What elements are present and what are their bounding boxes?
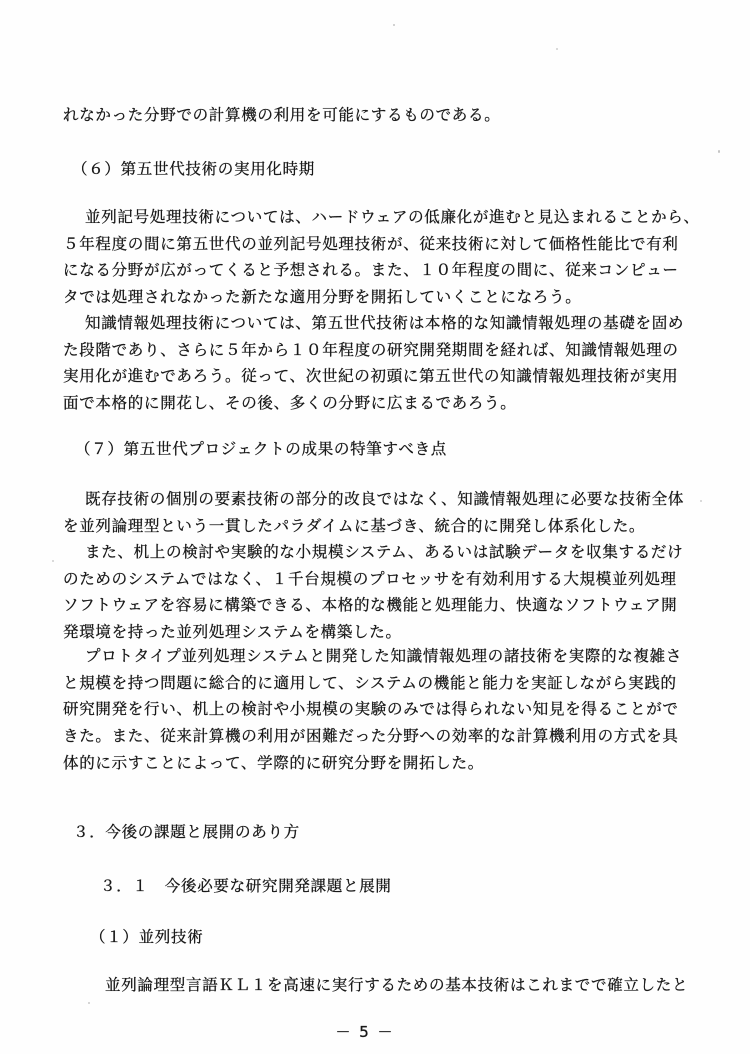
paragraph-6: 並列論理型言語ＫＬ１を高速に実行するための基本技術はこれまでで確立したと (63, 972, 703, 999)
scan-speck (718, 150, 720, 153)
heading-text: （１）並列技術 (90, 924, 730, 951)
document-page: れなかった分野での計算機の利用を可能にするものである。 （６）第五世代技術の実用… (0, 0, 750, 1054)
section-heading-1: （１）並列技術 (90, 924, 730, 951)
paragraph-2: 知識情報処理技術については、第五世代技術は本格的な知識情報処理の基礎を固め た段… (63, 310, 703, 417)
text-line: きた。また、従来計算機の利用が困難だった分野への効率的な計算機利用の方式を具 (63, 723, 703, 750)
paragraph-1: 並列記号処理技術については、ハードウェアの低廉化が進むと見込まれることから、 ５… (63, 204, 703, 311)
paragraph-3: 既存技術の個別の要素技術の部分的改良ではなく、知識情報処理に必要な技術全体 を並… (63, 486, 703, 539)
text-line: のためのシステムではなく、１千台規模のプロセッサを有効利用する大規模並列処理 (63, 566, 703, 593)
text-line: 並列記号処理技術については、ハードウェアの低廉化が進むと見込まれることから、 (63, 204, 703, 231)
text-line: になる分野が広がってくると予想される。また、１０年程度の間に、従来コンピュー (63, 257, 703, 284)
text-line: また、机上の検討や実験的な小規模システム、あるいは試験データを収集するだけ (63, 539, 703, 566)
scan-speck (556, 48, 558, 50)
section-heading-3-1: ３．１ 今後必要な研究開発課題と展開 (100, 873, 740, 900)
text-line: 発環境を持った並列処理システムを構築した。 (63, 619, 703, 646)
heading-text: （７）第五世代プロジェクトの成果の特筆すべき点 (75, 436, 715, 463)
text-line: プロトタイプ並列処理システムと開発した知識情報処理の諸技術を実際的な複雑さ (63, 643, 703, 670)
text-line: と規模を持つ問題に総合的に適用して、システムの機能と能力を実証しながら実践的 (63, 670, 703, 697)
section-heading-7: （７）第五世代プロジェクトの成果の特筆すべき点 (75, 436, 715, 463)
text-line: 並列論理型言語ＫＬ１を高速に実行するための基本技術はこれまでで確立したと (63, 972, 703, 999)
text-line: 研究開発を行い、机上の検討や小規模の実験のみでは得られない知見を得ることがで (63, 696, 703, 723)
scan-speck (700, 500, 702, 502)
paragraph-5: プロトタイプ並列処理システムと開発した知識情報処理の諸技術を実際的な複雑さ と規… (63, 643, 703, 777)
text-line: 既存技術の個別の要素技術の部分的改良ではなく、知識情報処理に必要な技術全体 (63, 486, 703, 513)
heading-text: ３．今後の課題と展開のあり方 (73, 819, 713, 846)
paragraph-continuation: れなかった分野での計算機の利用を可能にするものである。 (63, 102, 703, 129)
text-line: れなかった分野での計算機の利用を可能にするものである。 (63, 102, 703, 129)
scan-speck (52, 560, 54, 562)
scan-speck (88, 1002, 90, 1004)
text-line: 面で本格的に開花し、その後、多くの分野に広まるであろう。 (63, 390, 703, 417)
heading-text: （６）第五世代技術の実用化時期 (72, 156, 712, 183)
heading-text: ３．１ 今後必要な研究開発課題と展開 (100, 873, 740, 900)
scan-speck (393, 24, 395, 26)
text-line: た段階であり、さらに５年から１０年程度の研究開発期間を経れば、知識情報処理の (63, 337, 703, 364)
page-number: － 5 － (0, 1019, 730, 1045)
text-line: を並列論理型という一貫したパラダイムに基づき、統合的に開発し体系化した。 (63, 513, 703, 540)
paragraph-4: また、机上の検討や実験的な小規模システム、あるいは試験データを収集するだけ のた… (63, 539, 703, 646)
section-heading-3: ３．今後の課題と展開のあり方 (73, 819, 713, 846)
text-line: 実用化が進むであろう。従って、次世紀の初頭に第五世代の知識情報処理技術が実用 (63, 363, 703, 390)
text-line: 知識情報処理技術については、第五世代技術は本格的な知識情報処理の基礎を固め (63, 310, 703, 337)
section-heading-6: （６）第五世代技術の実用化時期 (72, 156, 712, 183)
text-line: 体的に示すことによって、学際的に研究分野を開拓した。 (63, 750, 703, 777)
text-line: ５年程度の間に第五世代の並列記号処理技術が、従来技術に対して価格性能比で有利 (63, 231, 703, 258)
text-line: タでは処理されなかった新たな適用分野を開拓していくことになろう。 (63, 284, 703, 311)
text-line: ソフトウェアを容易に構築できる、本格的な機能と処理能力、快適なソフトウェア開 (63, 592, 703, 619)
